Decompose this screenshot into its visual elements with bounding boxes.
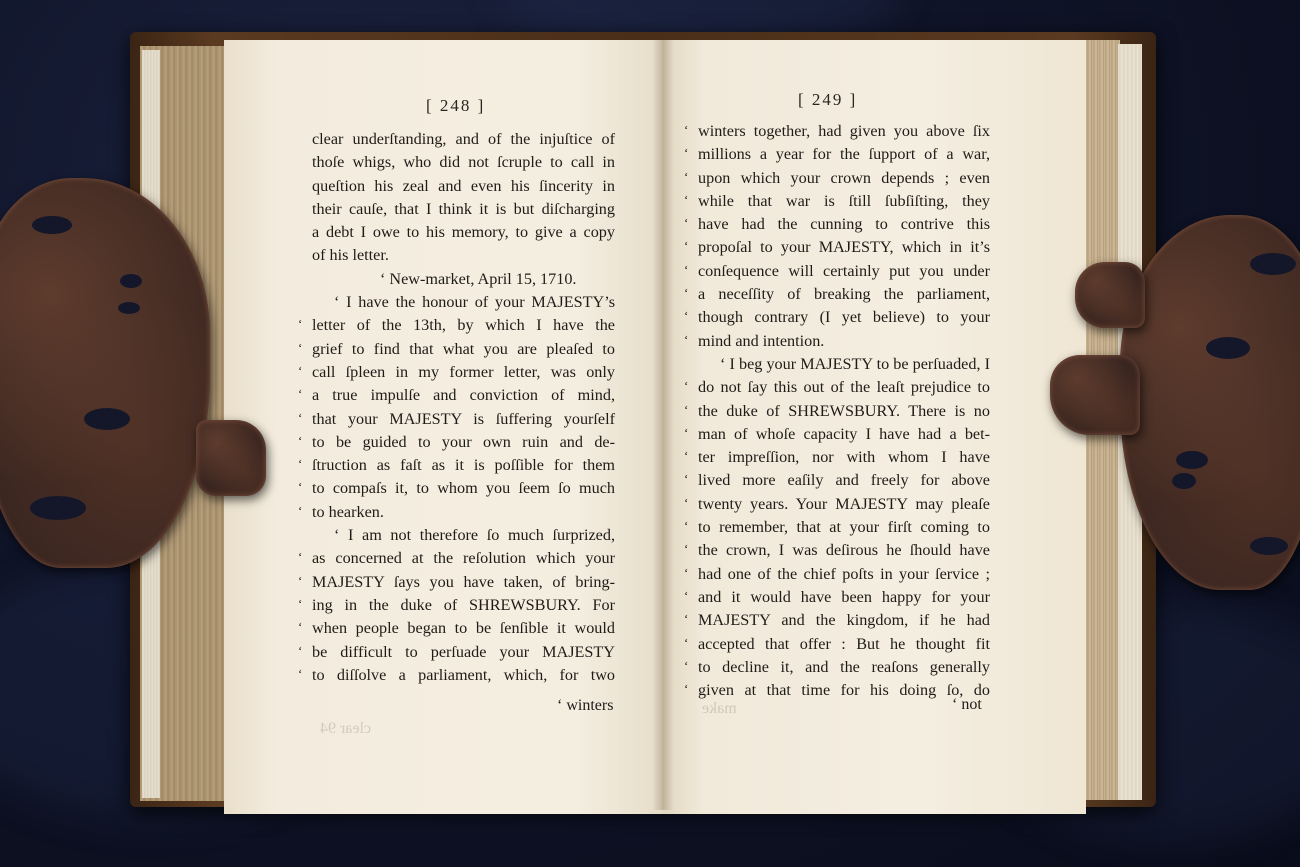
marginal-quote-mark: ‘ — [298, 475, 302, 498]
marginal-quote-mark: ‘ — [684, 398, 688, 421]
left-catchword: ‘ winters — [557, 697, 613, 715]
marginal-quote-mark: ‘ — [684, 467, 688, 490]
show-through-text: clear 94 — [320, 720, 371, 738]
right-weight-tab[interactable] — [1075, 262, 1145, 328]
marginal-quote-mark: ‘ — [684, 631, 688, 654]
marginal-quote-mark: ‘ — [298, 615, 302, 638]
marginal-quote-mark: ‘ — [298, 639, 302, 662]
marginal-quote-mark: ‘ — [298, 592, 302, 615]
marginal-quote-mark: ‘ — [684, 188, 688, 211]
text-line: do not ſay this out of the leaſt prejudi… — [698, 376, 990, 399]
text-line: to be guided to your own ruin and de-‘ — [312, 431, 615, 454]
marginal-quote-mark: ‘ — [684, 491, 688, 514]
marginal-quote-mark: ‘ — [298, 382, 302, 405]
right-page-number: [ 249 ] — [798, 90, 857, 110]
text-line: to remember, that at your firſt coming t… — [698, 516, 990, 539]
marginal-quote-mark: ‘ — [684, 444, 688, 467]
right-page-text: winters together, had given you above ſi… — [698, 120, 990, 702]
text-line: while that war is ſtill ſubſiſting, they… — [698, 190, 990, 213]
marginal-quote-mark: ‘ — [298, 336, 302, 359]
right-catchword: ‘ not — [952, 696, 982, 714]
text-line: ‘ I have the honour of your MAJESTY’s — [312, 291, 615, 314]
weight-hole — [118, 302, 140, 314]
text-line: ſtruction as faſt as it is poſſible for … — [312, 454, 615, 477]
text-line: though contrary (I yet believe) to your‘ — [698, 306, 990, 329]
marginal-quote-mark: ‘ — [298, 406, 302, 429]
text-line: conſequence will certainly put you under… — [698, 260, 990, 283]
marginal-quote-mark: ‘ — [298, 452, 302, 475]
left-page-number: [ 248 ] — [426, 96, 485, 116]
book-gutter — [652, 40, 674, 810]
marginal-quote-mark: ‘ — [298, 569, 302, 592]
text-line: propoſal to your MAJESTY, which in it’s‘ — [698, 236, 990, 259]
marginal-quote-mark: ‘ — [684, 654, 688, 677]
text-line: ‘ I beg your MAJESTY to be perſuaded, I — [698, 353, 990, 376]
text-line: letter of the 13th, by which I have the‘ — [312, 314, 615, 337]
marginal-quote-mark: ‘ — [684, 537, 688, 560]
marginal-quote-mark: ‘ — [298, 359, 302, 382]
marginal-quote-mark: ‘ — [684, 677, 688, 700]
marginal-quote-mark: ‘ — [684, 374, 688, 397]
marginal-quote-mark: ‘ — [298, 312, 302, 335]
marginal-quote-mark: ‘ — [684, 165, 688, 188]
text-line: the crown, I was deſirous he ſhould have… — [698, 539, 990, 562]
text-line: have had the cunning to contrive this‘ — [698, 213, 990, 236]
text-line: millions a year for the ſupport of a war… — [698, 143, 990, 166]
text-line: lived more eaſily and freely for above‘ — [698, 469, 990, 492]
marginal-quote-mark: ‘ — [684, 281, 688, 304]
marginal-quote-mark: ‘ — [684, 514, 688, 537]
marginal-quote-mark: ‘ — [684, 607, 688, 630]
text-line: a true impulſe and conviction of mind,‘ — [312, 384, 615, 407]
marginal-quote-mark: ‘ — [684, 234, 688, 257]
text-line: mind and intention.‘ — [698, 330, 990, 353]
marginal-quote-mark: ‘ — [684, 141, 688, 164]
marginal-quote-mark: ‘ — [298, 545, 302, 568]
text-line: to decline it, and the reaſons generally… — [698, 656, 990, 679]
text-line: the duke of SHREWSBURY. There is no‘ — [698, 400, 990, 423]
text-line: ‘ I am not therefore ſo much ſurprized, — [312, 524, 615, 547]
text-line: to compaſs it, to whom you ſeem ſo much‘ — [312, 477, 615, 500]
right-page: [ 249 ] winters together, had given you … — [662, 40, 1086, 814]
text-line: call ſpleen in my former letter, was onl… — [312, 361, 615, 384]
weight-hole — [1176, 451, 1208, 469]
weight-hole — [30, 496, 86, 520]
text-line: queſtion his zeal and even his ſincerity… — [312, 175, 615, 198]
text-line: clear underſtanding, and of the injuſtic… — [312, 128, 615, 151]
text-line: winters together, had given you above ſi… — [698, 120, 990, 143]
marginal-quote-mark: ‘ — [684, 118, 688, 141]
right-weight-tab[interactable] — [1050, 355, 1140, 435]
text-line: accepted that offer : But he thought fit… — [698, 633, 990, 656]
text-line: of his letter. — [312, 244, 615, 267]
marginal-quote-mark: ‘ — [298, 429, 302, 452]
text-line: twenty years. Your MAJESTY may pleaſe‘ — [698, 493, 990, 516]
text-line: and it would have been happy for your‘ — [698, 586, 990, 609]
marginal-quote-mark: ‘ — [684, 584, 688, 607]
text-line: as concerned at the reſolution which you… — [312, 547, 615, 570]
marginal-quote-mark: ‘ — [684, 328, 688, 351]
weight-hole — [120, 274, 142, 288]
text-line: had one of the chief poſts in your ſervi… — [698, 563, 990, 586]
weight-hole — [84, 408, 130, 430]
text-line: a neceſſity of breaking the parliament,‘ — [698, 283, 990, 306]
text-line: thoſe whigs, who did not ſcruple to call… — [312, 151, 615, 174]
text-line: to hearken.‘ — [312, 501, 615, 524]
marginal-quote-mark: ‘ — [298, 662, 302, 685]
text-line: ter impreſſion, nor with whom I have‘ — [698, 446, 990, 469]
text-line: ‘ New-market, April 15, 1710. — [312, 268, 615, 291]
left-page: [ 248 ] clear underſtanding, and of the … — [224, 40, 664, 814]
left-bronze-page-weight[interactable] — [0, 178, 210, 568]
text-line: MAJESTY ſays you have taken, of bring-‘ — [312, 571, 615, 594]
weight-hole — [32, 216, 72, 234]
weight-hole — [1250, 253, 1296, 275]
text-line: grief to find that what you are pleaſed … — [312, 338, 615, 361]
text-line: man of whoſe capacity I have had a bet-‘ — [698, 423, 990, 446]
text-line: be difficult to perſuade your MAJESTY‘ — [312, 641, 615, 664]
marginal-quote-mark: ‘ — [298, 499, 302, 522]
text-line: MAJESTY and the kingdom, if he had‘ — [698, 609, 990, 632]
marginal-quote-mark: ‘ — [684, 211, 688, 234]
marginal-quote-mark: ‘ — [684, 421, 688, 444]
weight-hole — [1250, 537, 1288, 555]
left-page-text: clear underſtanding, and of the injuſtic… — [312, 128, 615, 687]
text-line: when people began to be ſenſible it woul… — [312, 617, 615, 640]
weight-hole — [1206, 337, 1250, 359]
text-line: given at that time for his doing ſo, do‘ — [698, 679, 990, 702]
weight-hole — [1172, 473, 1196, 489]
text-line: that your MAJESTY is ſuffering yourſelf‘ — [312, 408, 615, 431]
marginal-quote-mark: ‘ — [684, 561, 688, 584]
text-line: ing in the duke of SHREWSBURY. For‘ — [312, 594, 615, 617]
marginal-quote-mark: ‘ — [684, 258, 688, 281]
show-through-text: make — [702, 700, 737, 718]
marginal-quote-mark: ‘ — [684, 304, 688, 327]
text-line: upon which your crown depends ; even‘ — [698, 167, 990, 190]
left-weight-tab[interactable] — [196, 420, 266, 496]
text-line: a debt I owe to his memory, to give a co… — [312, 221, 615, 244]
text-line: to diſſolve a parliament, which, for two… — [312, 664, 615, 687]
text-line: their cauſe, that I think it is but diſc… — [312, 198, 615, 221]
